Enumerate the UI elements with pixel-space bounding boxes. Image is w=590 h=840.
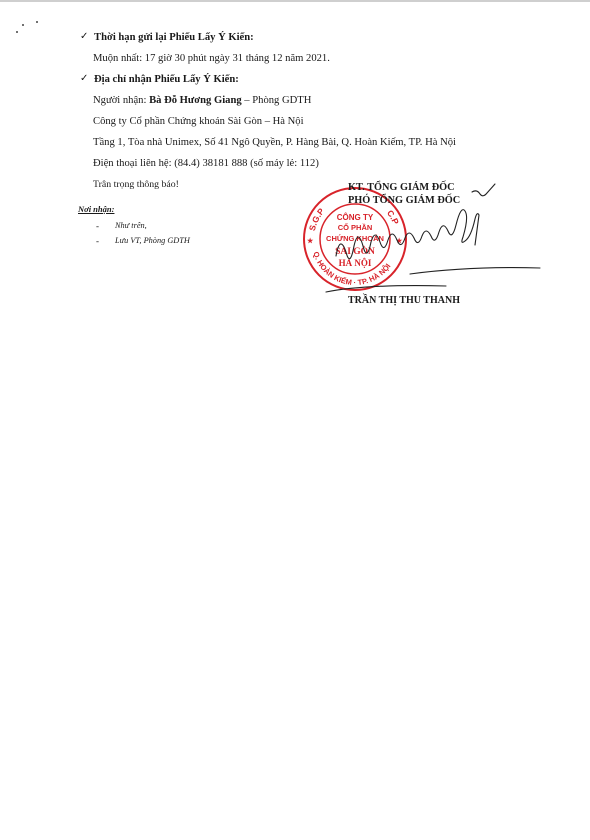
svg-text:CỔ PHẦN: CỔ PHẦN	[338, 222, 373, 232]
svg-text:★: ★	[307, 237, 314, 245]
svg-text:CHỨNG KHOÁN: CHỨNG KHOÁN	[326, 234, 384, 243]
contact-phone: Điện thoại liên hệ: (84.4) 38181 888 (số…	[93, 157, 319, 170]
recipient-label: Người nhận:	[93, 95, 149, 106]
recipients-title: Nơi nhận:	[78, 204, 114, 214]
document-page: ✓ Thời hạn gửi lại Phiếu Lấy Ý Kiến: Muộ…	[0, 0, 590, 840]
recipient-item: Như trên,	[115, 221, 147, 230]
recipient-line: Người nhận: Bà Đỗ Hương Giang – Phòng GD…	[93, 94, 311, 107]
recipient-item: Lưu VT, Phòng GDTH	[115, 236, 190, 245]
closing-text: Trân trọng thông báo!	[93, 178, 179, 191]
signature-title-line2: PHÓ TỔNG GIÁM ĐỐC	[348, 195, 460, 206]
recipient-name: Bà Đỗ Hương Giang	[149, 95, 242, 106]
svg-text:CÔNG TY: CÔNG TY	[337, 213, 374, 222]
svg-text:S.G.P: S.G.P	[307, 206, 327, 232]
signature-block: KT. TỔNG GIÁM ĐỐC PHÓ TỔNG GIÁM ĐỐC S.G.…	[300, 178, 550, 308]
svg-text:HÀ NỘI: HÀ NỘI	[339, 258, 372, 268]
dash-bullet: -	[96, 221, 99, 231]
section-heading-deadline: Thời hạn gửi lại Phiếu Lấy Ý Kiến:	[94, 31, 254, 44]
svg-text:SÀI GÒN: SÀI GÒN	[335, 245, 375, 257]
dash-bullet: -	[96, 236, 99, 246]
checkmark-icon: ✓	[80, 73, 88, 84]
company-address: Tầng 1, Tòa nhà Unimex, Số 41 Ngô Quyền,…	[93, 136, 456, 149]
signer-name: TRẦN THỊ THU THANH	[348, 295, 460, 306]
deadline-text: Muộn nhất: 17 giờ 30 phút ngày 31 tháng …	[93, 52, 330, 65]
signature-title-line1: KT. TỔNG GIÁM ĐỐC	[348, 182, 455, 193]
company-name: Công ty Cổ phần Chứng khoán Sài Gòn – Hà…	[93, 115, 304, 128]
recipient-department: – Phòng GDTH	[242, 95, 312, 106]
svg-text:★: ★	[396, 237, 403, 245]
checkmark-icon: ✓	[80, 31, 88, 42]
section-heading-address: Địa chỉ nhận Phiếu Lấy Ý Kiến:	[94, 73, 239, 86]
